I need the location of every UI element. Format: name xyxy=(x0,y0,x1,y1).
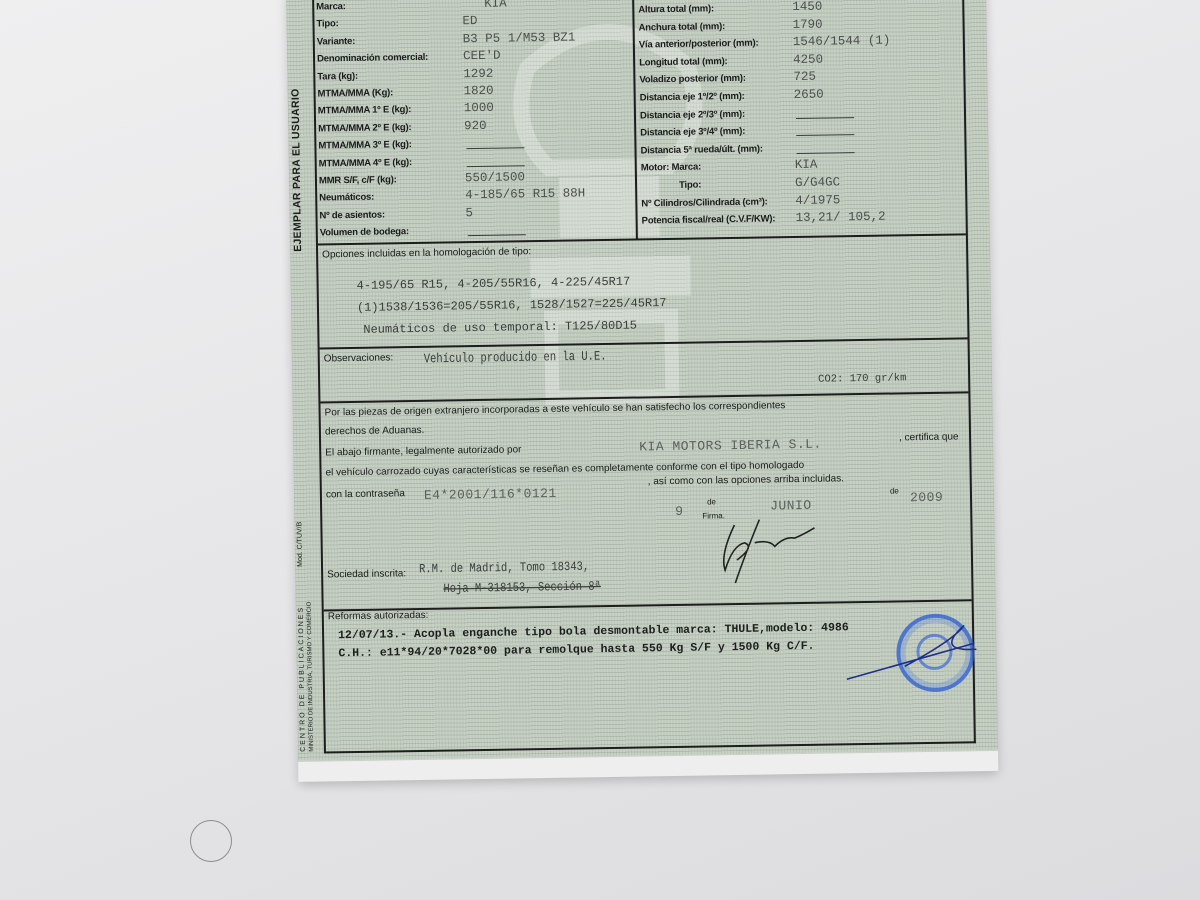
paper-hole-mark xyxy=(190,820,232,862)
empty-field-dash xyxy=(796,134,854,136)
cert-suffix: , certifica que xyxy=(899,431,959,443)
reforms-label: Reformas autorizadas: xyxy=(328,610,429,623)
right-field-label: Anchura total (mm): xyxy=(639,21,726,33)
options-line-2: (1)1538/1536=205/55R16, 1528/1527=225/45… xyxy=(357,296,667,315)
right-field-value: 13,21/ 105,2 xyxy=(796,210,886,225)
cert-prefix: El abajo firmante, legalmente autorizado… xyxy=(325,444,521,458)
left-field-value: 920 xyxy=(464,119,487,133)
right-field-value: 725 xyxy=(793,70,816,84)
left-field-label: Neumáticos: xyxy=(319,192,374,204)
cert-month: JUNIO xyxy=(770,498,812,514)
vehicle-inspection-card: EJEMPLAR PARA EL USUARIO Mod. C/TUV/B CE… xyxy=(286,0,998,782)
right-field-value: G/G4GC xyxy=(795,175,840,190)
column-divider xyxy=(632,0,638,239)
de-label-2: de xyxy=(890,486,899,495)
registry-line-1: R.M. de Madrid, Tomo 18343, xyxy=(419,560,589,577)
cert-company: KIA MOTORS IBERIA S.L. xyxy=(639,437,822,455)
left-field-value: 4-185/65 R15 88H xyxy=(465,187,585,203)
left-field-label: MTMA/MMA 1º E (kg): xyxy=(318,104,411,116)
left-field-label: MTMA/MMA 4º E (kg): xyxy=(319,157,412,169)
observations-label: Observaciones: xyxy=(324,352,394,364)
left-field-value: 1292 xyxy=(463,66,493,80)
right-field-value: 4/1975 xyxy=(795,193,840,208)
contrasena-value: E4*2001/116*0121 xyxy=(424,486,557,503)
left-field-value: CEE'D xyxy=(463,49,501,64)
registry-label: Sociedad inscrita: xyxy=(327,568,406,580)
left-field-value: 1000 xyxy=(464,101,494,115)
right-field-label: Tipo: xyxy=(679,180,701,191)
right-field-label: Motor: Marca: xyxy=(641,162,701,174)
left-field-label: Volumen de bodega: xyxy=(320,226,409,238)
left-field-label: Marca: xyxy=(316,1,346,12)
left-field-value: 550/1500 xyxy=(465,170,525,185)
cert-day: 9 xyxy=(675,504,684,519)
left-field-label: MTMA/MMA 2º E (kg): xyxy=(318,122,411,134)
left-field-value: B3 P5 1/M53 BZ1 xyxy=(463,30,576,46)
left-field-label: Nº de asientos: xyxy=(319,209,385,221)
registry-line-2: Hoja M-318153, Sección 8ª xyxy=(443,580,601,597)
right-field-label: Voladizo posterior (mm): xyxy=(639,73,746,86)
right-field-label: Vía anterior/posterior (mm): xyxy=(639,38,759,51)
card-bottom-edge xyxy=(298,750,998,782)
options-line-1: 4-195/65 R15, 4-205/55R16, 4-225/45R17 xyxy=(357,275,631,293)
right-field-value: KIA xyxy=(795,158,818,172)
right-field-label: Distancia eje 3º/4º (mm): xyxy=(640,126,745,139)
right-field-label: Potencia fiscal/real (C.V.F/KW): xyxy=(642,214,776,227)
right-field-value: 2650 xyxy=(794,88,824,102)
form-code: Mod. C/TUV/B xyxy=(296,522,304,567)
reform-line-2: C.H.: e11*94/20*7028*00 para remolque ha… xyxy=(338,640,814,660)
right-field-label: Distancia 5ª rueda/últ. (mm): xyxy=(640,143,762,156)
right-field-label: Distancia eje 1º/2º (mm): xyxy=(640,91,745,104)
empty-field-dash xyxy=(468,234,526,236)
empty-field-dash xyxy=(796,117,854,119)
right-field-label: Nº Cilindros/Cilindrada (cm³): xyxy=(641,196,767,209)
right-field-label: Distancia eje 2º/3º (mm): xyxy=(640,108,745,121)
vehicle-specs-section: Marca:KIATipo:EDVariante:B3 P5 1/M53 BZ1… xyxy=(314,0,966,246)
empty-field-dash xyxy=(467,165,525,167)
copy-type-label: EJEMPLAR PARA EL USUARIO xyxy=(290,88,305,252)
left-field-value: KIA xyxy=(484,0,507,11)
customs-line-1: Por las piezas de origen extranjero inco… xyxy=(325,400,786,418)
observations-text: Vehículo producido en la U.E. xyxy=(424,350,607,368)
left-field-label: Tara (kg): xyxy=(317,70,358,82)
options-line-3: Neumáticos de uso temporal: T125/80D15 xyxy=(363,319,637,337)
certification-section: Por las piezas de origen extranjero inco… xyxy=(320,391,971,611)
left-field-label: MTMA/MMA (Kg): xyxy=(318,87,394,99)
empty-field-dash xyxy=(797,152,855,154)
left-field-value: ED xyxy=(462,14,477,28)
right-field-label: Altura total (mm): xyxy=(638,3,714,15)
left-field-label: Variante: xyxy=(317,36,356,48)
right-field-value: 4250 xyxy=(793,52,823,66)
options-note: , así como con las opciones arriba inclu… xyxy=(648,473,844,487)
options-section: Opciones incluidas en la homologación de… xyxy=(318,233,968,349)
empty-field-dash xyxy=(466,147,524,149)
cert-year: 2009 xyxy=(910,490,943,506)
left-field-value: 5 xyxy=(465,206,473,220)
signature-icon xyxy=(714,514,825,586)
inspector-signature-icon xyxy=(844,621,985,683)
right-field-label: Longitud total (mm): xyxy=(639,56,728,68)
right-field-value: 1450 xyxy=(792,0,822,14)
options-label: Opciones incluidas en la homologación de… xyxy=(322,246,531,260)
left-field-value: 1820 xyxy=(463,84,493,98)
right-field-value: 1790 xyxy=(792,17,822,31)
contrasena-label: con la contraseña xyxy=(326,488,405,500)
right-field-value: 1546/1544 (1) xyxy=(793,34,891,50)
de-label-1: de xyxy=(707,497,716,506)
co2-emissions: CO2: 170 gr/km xyxy=(818,372,906,385)
reform-line-1: 12/07/13.- Acopla enganche tipo bola des… xyxy=(338,621,849,642)
left-field-label: Denominación comercial: xyxy=(317,52,428,65)
customs-line-2: derechos de Aduanas. xyxy=(325,425,425,438)
left-field-label: Tipo: xyxy=(316,19,338,30)
left-field-label: MTMA/MMA 3º E (kg): xyxy=(318,139,411,151)
left-field-label: MMR S/F, c/F (kg): xyxy=(319,174,397,186)
